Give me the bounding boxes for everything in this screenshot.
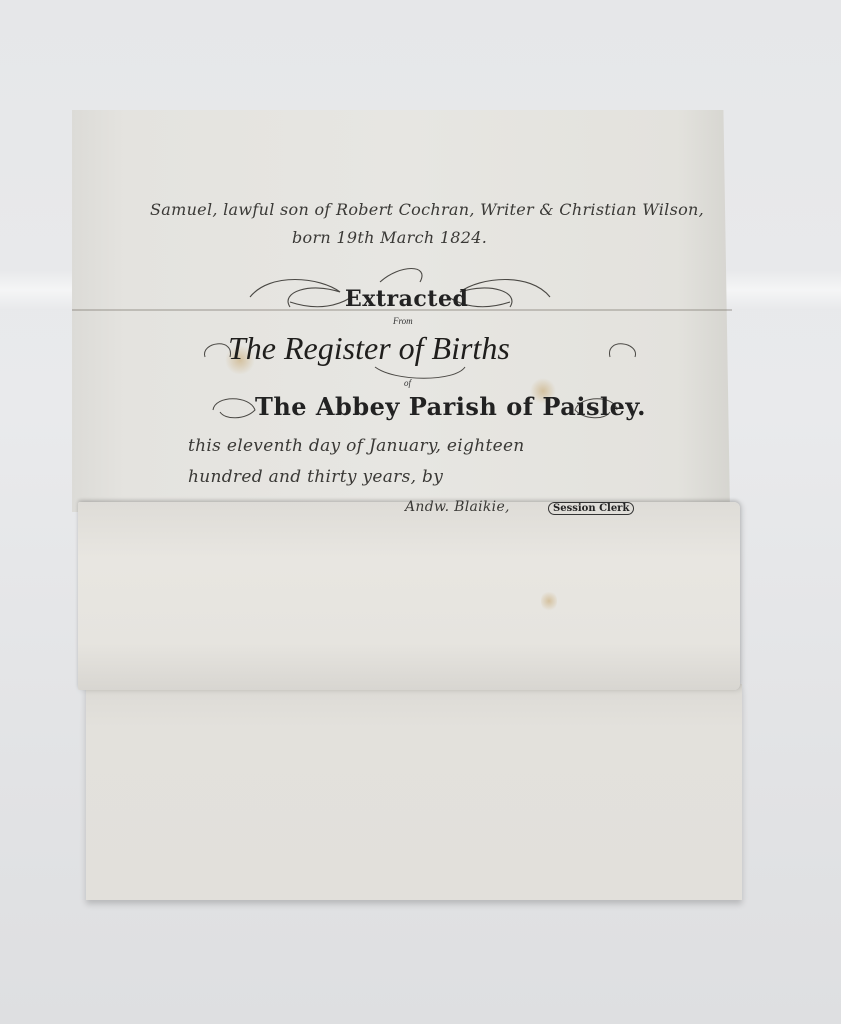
signature-name: Andw. Blaikie, <box>405 499 510 515</box>
heading-extracted: Extracted <box>345 286 468 312</box>
paper-middle-panel <box>78 502 740 690</box>
entry-line-1: Samuel, lawful son of Robert Cochran, Wr… <box>150 200 704 219</box>
heading-register: The Register of Births <box>228 330 510 367</box>
attestation-line-2: hundred and thirty years, by <box>188 467 443 487</box>
heading-parish: The Abbey Parish of Paisley. <box>255 392 646 421</box>
entry-line-2: born 19th March 1824. <box>292 228 487 247</box>
attestation-line-1: this eleventh day of January, eighteen <box>188 436 525 456</box>
heading-of: of <box>404 378 411 388</box>
foxing-stain <box>541 590 557 612</box>
paper-bottom-panel <box>86 684 742 900</box>
signature-title: Session Clerk <box>548 502 634 515</box>
